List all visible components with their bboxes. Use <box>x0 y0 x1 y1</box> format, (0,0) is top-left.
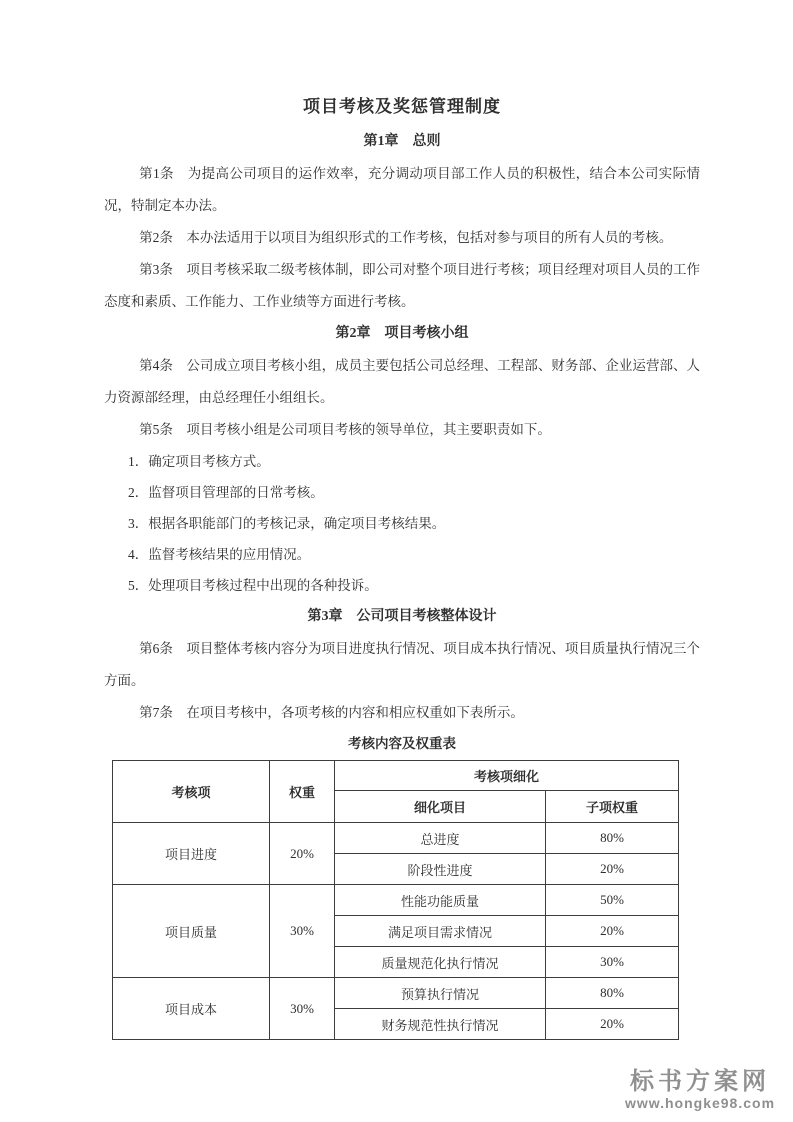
cell-sub-weight: 50% <box>546 885 679 916</box>
cell-sub-weight: 80% <box>546 978 679 1009</box>
chapter-2-heading: 第2章 项目考核小组 <box>104 318 700 350</box>
cell-sub-item: 满足项目需求情况 <box>335 916 546 947</box>
column-header-sub-weight: 子项权重 <box>546 791 679 823</box>
cell-item-quality: 项目质量 <box>113 885 270 978</box>
duty-list-item: 5．处理项目考核过程中出现的各种投诉。 <box>104 570 700 601</box>
document-title: 项目考核及奖惩管理制度 <box>104 94 700 120</box>
clause-6-paragraph: 第6条 项目整体考核内容分为项目进度执行情况、项目成本执行情况、项目质量执行情况… <box>104 633 700 697</box>
assessment-weight-table: 考核项 权重 考核项细化 细化项目 子项权重 项目进度 20% 总进度 80% … <box>112 760 679 1040</box>
cell-sub-item: 质量规范化执行情况 <box>335 947 546 978</box>
clause-2-paragraph: 第2条 本办法适用于以项目为组织形式的工作考核，包括对参与项目的所有人员的考核。 <box>104 222 700 254</box>
cell-sub-weight: 20% <box>546 854 679 885</box>
watermark-site-url: www.hongke98.com <box>615 1095 785 1112</box>
cell-sub-item: 财务规范性执行情况 <box>335 1009 546 1040</box>
column-header-detail-item: 细化项目 <box>335 791 546 823</box>
cell-sub-item: 预算执行情况 <box>335 978 546 1009</box>
table-row: 项目质量 30% 性能功能质量 50% <box>113 885 679 916</box>
table-row: 项目进度 20% 总进度 80% <box>113 823 679 854</box>
clause-1-paragraph: 第1条 为提高公司项目的运作效率，充分调动项目部工作人员的积极性，结合本公司实际… <box>104 158 700 222</box>
cell-item-progress: 项目进度 <box>113 823 270 885</box>
cell-sub-weight: 30% <box>546 947 679 978</box>
cell-item-cost: 项目成本 <box>113 978 270 1040</box>
duty-list-item: 1．确定项目考核方式。 <box>104 446 700 477</box>
watermark-site-name: 标书方案网 <box>615 1069 785 1095</box>
clause-7-paragraph: 第7条 在项目考核中，各项考核的内容和相应权重如下表所示。 <box>104 697 700 729</box>
cell-sub-item: 阶段性进度 <box>335 854 546 885</box>
duty-list-item: 2．监督项目管理部的日常考核。 <box>104 477 700 508</box>
duty-list-item: 3．根据各职能部门的考核记录，确定项目考核结果。 <box>104 508 700 539</box>
cell-weight-progress: 20% <box>270 823 335 885</box>
clause-4-paragraph: 第4条 公司成立项目考核小组，成员主要包括公司总经理、工程部、财务部、企业运营部… <box>104 350 700 414</box>
column-header-weight: 权重 <box>270 761 335 823</box>
column-header-item: 考核项 <box>113 761 270 823</box>
document-page: 项目考核及奖惩管理制度 第1章 总则 第1条 为提高公司项目的运作效率，充分调动… <box>0 0 793 1122</box>
cell-sub-item: 总进度 <box>335 823 546 854</box>
chapter-1-heading: 第1章 总则 <box>104 126 700 158</box>
cell-sub-weight: 20% <box>546 1009 679 1040</box>
duty-list-item: 4．监督考核结果的应用情况。 <box>104 539 700 570</box>
chapter-3-heading: 第3章 公司项目考核整体设计 <box>104 601 700 633</box>
watermark: 标书方案网 www.hongke98.com <box>615 1069 785 1112</box>
clause-5-paragraph: 第5条 项目考核小组是公司项目考核的领导单位，其主要职责如下。 <box>104 414 700 446</box>
column-header-detail-group: 考核项细化 <box>335 761 679 791</box>
weight-table-title: 考核内容及权重表 <box>104 729 700 759</box>
cell-weight-cost: 30% <box>270 978 335 1040</box>
table-row: 项目成本 30% 预算执行情况 80% <box>113 978 679 1009</box>
cell-sub-weight: 20% <box>546 916 679 947</box>
duty-list: 1．确定项目考核方式。 2．监督项目管理部的日常考核。 3．根据各职能部门的考核… <box>104 446 700 601</box>
clause-3-paragraph: 第3条 项目考核采取二级考核体制，即公司对整个项目进行考核；项目经理对项目人员的… <box>104 254 700 318</box>
cell-sub-weight: 80% <box>546 823 679 854</box>
cell-sub-item: 性能功能质量 <box>335 885 546 916</box>
cell-weight-quality: 30% <box>270 885 335 978</box>
